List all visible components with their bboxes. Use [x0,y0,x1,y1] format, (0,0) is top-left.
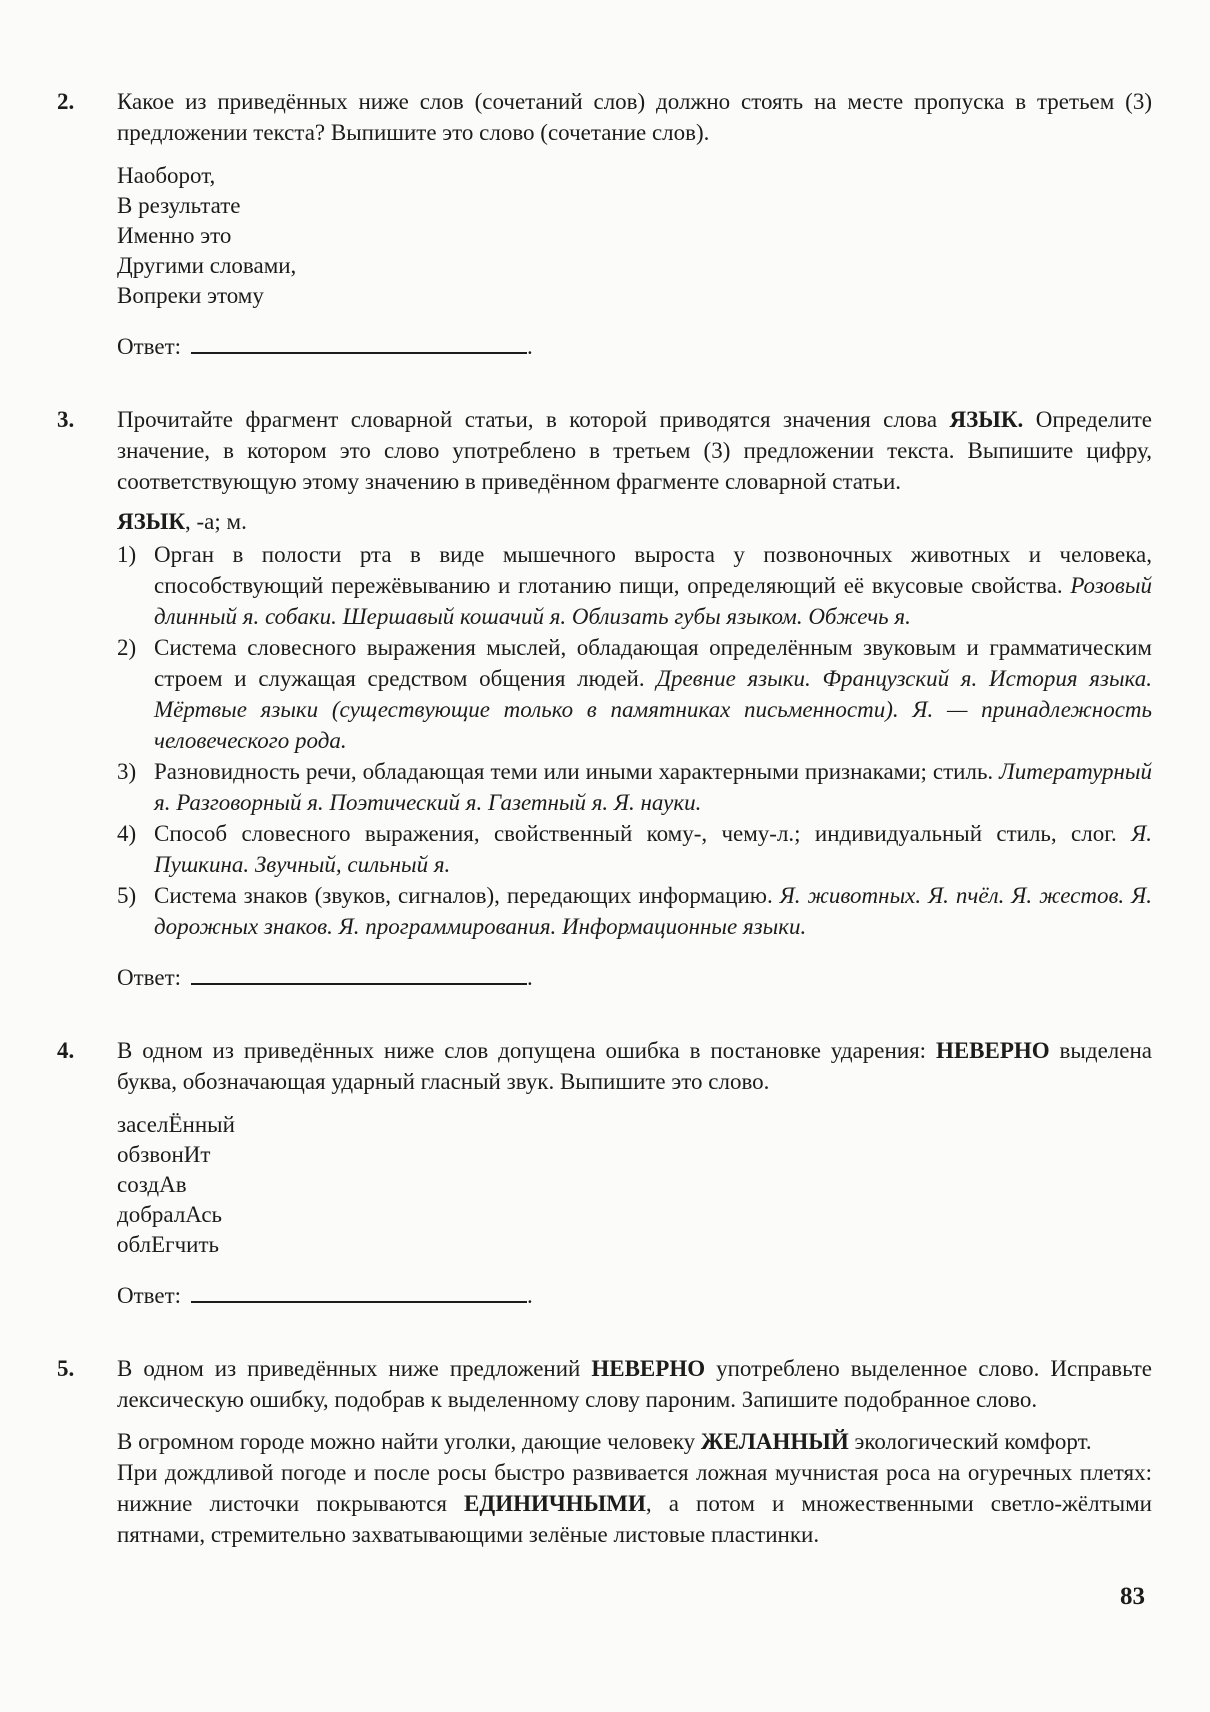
definition-text: Способ словесного выражения, свойственны… [154,818,1152,880]
option: создАв [117,1170,1152,1200]
option: Вопреки этому [117,281,1152,311]
question-5-sentences: В огромном городе можно найти уголки, да… [117,1426,1152,1550]
answer-line: Ответ:. [117,330,1152,362]
definition-number: 2) [117,632,154,756]
option: Именно это [117,221,1152,251]
definition-5: 5) Система знаков (звуков, сигналов), пе… [117,880,1152,942]
exam-page: 2. Какое из приведённых ниже слов (сочет… [0,0,1210,1712]
definition-text: Разновидность речи, обладающая теми или … [154,756,1152,818]
option: облЕгчить [117,1230,1152,1260]
answer-blank [191,961,527,985]
answer-line: Ответ:. [117,961,1152,993]
question-4-options: заселЁнный обзвонИт создАв добралАсь обл… [117,1110,1152,1260]
question-3-text: Прочитайте фрагмент словарной статьи, в … [117,404,1152,497]
answer-label: Ответ: [117,1283,181,1308]
definition-number: 5) [117,880,154,942]
question-2: 2. Какое из приведённых ниже слов (сочет… [57,86,1152,362]
question-4-number: 4. [57,1035,117,1311]
definition-number: 1) [117,539,154,632]
dictionary-entry-headword: ЯЗЫК, -а; м. [117,506,1152,537]
question-3-number: 3. [57,404,117,993]
option: Другими словами, [117,251,1152,281]
option: В результате [117,191,1152,221]
definition-text: Система словесного выражения мыслей, обл… [154,632,1152,756]
answer-label: Ответ: [117,965,181,990]
answer-line: Ответ:. [117,1279,1152,1311]
question-2-number: 2. [57,86,117,362]
answer-label: Ответ: [117,334,181,359]
answer-blank [191,330,527,354]
question-2-options: Наоборот, В результате Именно это Другим… [117,161,1152,311]
answer-period: . [527,965,533,990]
option: заселЁнный [117,1110,1152,1140]
question-5-number: 5. [57,1353,117,1550]
definition-3: 3) Разновидность речи, обладающая теми и… [117,756,1152,818]
definition-text: Орган в полости рта в виде мышечного выр… [154,539,1152,632]
answer-period: . [527,1283,533,1308]
definition-number: 3) [117,756,154,818]
question-3: 3. Прочитайте фрагмент словарной статьи,… [57,404,1152,993]
answer-blank [191,1279,527,1303]
sentence-2: При дождливой погоде и после росы быстро… [117,1457,1152,1550]
page-number: 83 [1120,1583,1145,1611]
option: обзвонИт [117,1140,1152,1170]
question-4-text: В одном из приведённых ниже слов допущен… [117,1035,1152,1097]
definition-4: 4) Способ словесного выражения, свойстве… [117,818,1152,880]
answer-period: . [527,334,533,359]
option: Наоборот, [117,161,1152,191]
dictionary-definitions: 1) Орган в полости рта в виде мышечного … [117,539,1152,942]
definition-text: Система знаков (звуков, сигналов), перед… [154,880,1152,942]
question-5-text: В одном из приведённых ниже предложений … [117,1353,1152,1415]
question-5: 5. В одном из приведённых ниже предложен… [57,1353,1152,1550]
question-4: 4. В одном из приведённых ниже слов допу… [57,1035,1152,1311]
sentence-1: В огромном городе можно найти уголки, да… [117,1426,1152,1457]
question-2-text: Какое из приведённых ниже слов (сочетани… [117,86,1152,148]
definition-1: 1) Орган в полости рта в виде мышечного … [117,539,1152,632]
definition-number: 4) [117,818,154,880]
definition-2: 2) Система словесного выражения мыслей, … [117,632,1152,756]
option: добралАсь [117,1200,1152,1230]
